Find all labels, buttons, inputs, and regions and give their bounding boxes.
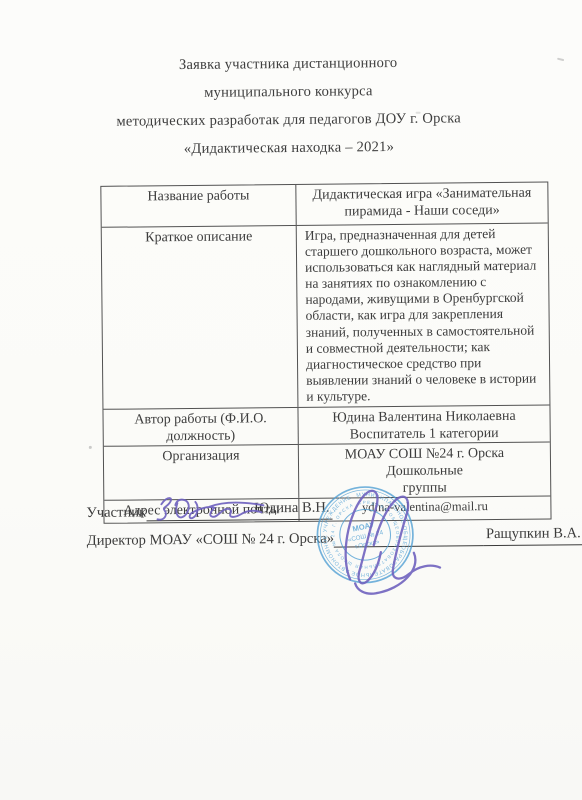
table-row-author: Автор работы (Ф.И.О. должность) Юдина Ва… [103,406,549,447]
scan-content: Заявка участника дистанционного муниципа… [0,0,582,800]
row-label: Краткое описание [102,226,299,409]
participant-label: Участник [86,504,146,522]
row-value: Юдина Валентина Николаевна Воспитатель 1… [298,406,549,444]
scanned-document-page: { "document": { "title_lines": [ "Заявка… [0,0,582,800]
row-value: МОАУ СОШ №24 г. Орска Дошкольные группы [299,443,550,498]
signature-rule [146,500,252,521]
signature-rule [334,526,484,547]
row-label: Организация [104,445,299,500]
row-label: Название работы [101,185,296,227]
table-row-work-title: Название работы Дидактическая игра «Зани… [101,183,547,228]
director-signature-line: Директор МОАУ «СОШ № 24 г. Орска» Ращупк… [87,525,582,550]
table-row-organization: Организация МОАУ СОШ №24 г. Орска Дошкол… [104,443,550,501]
application-table: Название работы Дидактическая игра «Зани… [100,182,551,524]
participant-signature-line: Участник Юдина В.Н. [86,500,332,522]
row-value: Дидактическая игра «Занимательная пирами… [296,183,547,225]
document-title: Заявка участника дистанционного муниципа… [0,47,580,165]
row-value-email: ydina-valentina@mail.ru [299,497,550,521]
row-value: Игра, предназначенная для детей старшего… [297,224,550,407]
title-line-4: «Дидактическая находка – 2021» [0,131,580,165]
director-name: Ращупкин В.А. [484,525,582,546]
director-label: Директор МОАУ «СОШ № 24 г. Орска» [87,531,334,550]
scan-artifact [416,112,421,114]
row-label: Автор работы (Ф.И.О. должность) [103,408,298,446]
participant-name: Юдина В.Н. [252,500,333,521]
scan-artifact [89,446,92,449]
table-row-description: Краткое описание Игра, предназначенная д… [102,224,550,410]
